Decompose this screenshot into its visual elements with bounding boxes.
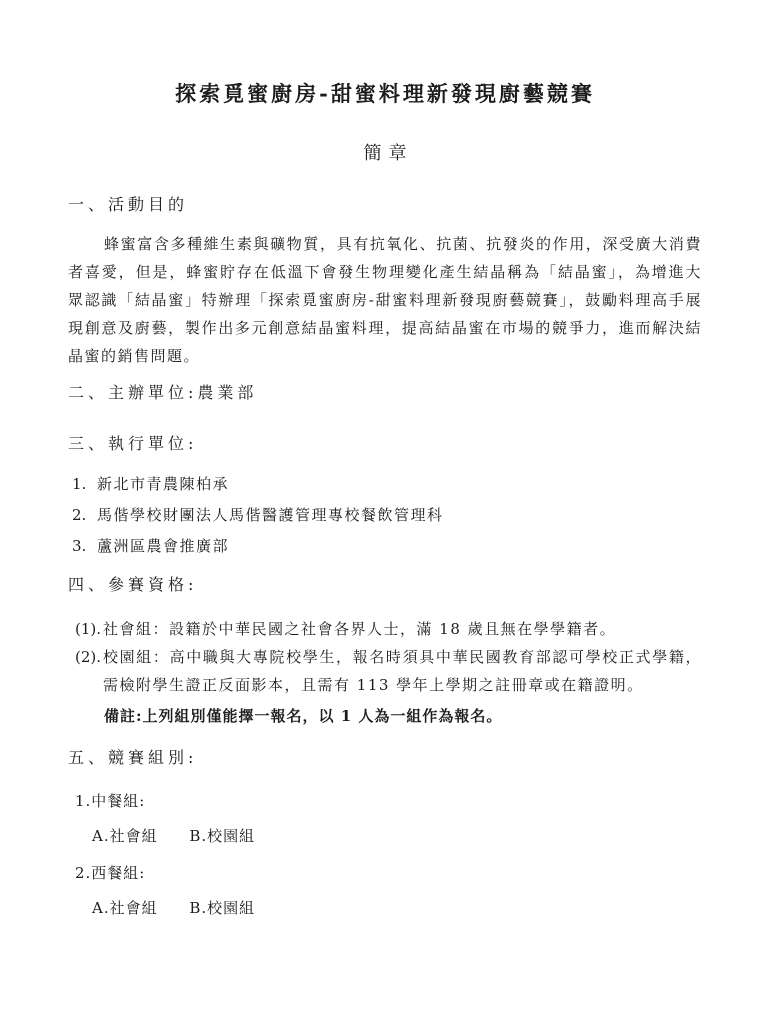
- list-item-text: 校園組：高中職與大專院校學生，報名時須具中華民國教育部認可學校正式學籍，需檢附學…: [103, 643, 702, 699]
- category-option: B.校園組: [189, 827, 255, 845]
- executor-list: 1. 新北市青農陳柏承 2. 馬偕學校財團法人馬偕醫護管理專校餐飲管理科 3. …: [68, 474, 702, 557]
- eligibility-list: (1). 社會組：設籍於中華民國之社會各界人士，滿 18 歲且無在學學籍者。 (…: [68, 615, 702, 699]
- list-item-marker: 2.: [72, 505, 97, 526]
- list-item-marker: 1.: [72, 474, 97, 495]
- section-categories: 五、競賽組別: 1.中餐組: A.社會組 B.校園組 2.西餐組: A.社會組 …: [68, 747, 702, 919]
- category-group-options: A.社會組 B.校園組: [92, 898, 702, 919]
- section-eligibility: 四、參賽資格: (1). 社會組：設籍於中華民國之社會各界人士，滿 18 歲且無…: [68, 574, 702, 727]
- list-item-text: 新北市青農陳柏承: [97, 474, 229, 495]
- purpose-heading: 一、活動目的: [68, 194, 702, 215]
- section-purpose: 一、活動目的 蜂蜜富含多種維生素與礦物質，具有抗氧化、抗菌、抗發炎的作用，深受廣…: [68, 194, 702, 370]
- list-item-marker: (1).: [75, 615, 103, 643]
- document-page: 探索覓蜜廚房-甜蜜料理新發現廚藝競賽 簡章 一、活動目的 蜂蜜富含多種維生素與礦…: [0, 0, 770, 1024]
- category-group-western-cuisine: 2.西餐組: A.社會組 B.校園組: [68, 863, 702, 919]
- category-group-label: 2.西餐組:: [75, 863, 702, 884]
- list-item-text: 馬偕學校財團法人馬偕醫護管理專校餐飲管理科: [97, 505, 444, 526]
- category-group-options: A.社會組 B.校園組: [92, 826, 702, 847]
- executor-list-item: 1. 新北市青農陳柏承: [68, 474, 702, 495]
- executor-list-item: 3. 蘆洲區農會推廣部: [68, 536, 702, 557]
- purpose-paragraph: 蜂蜜富含多種維生素與礦物質，具有抗氧化、抗菌、抗發炎的作用，深受廣大消費者喜愛，…: [68, 230, 702, 370]
- organizer-heading: 二、主辦單位:農業部: [68, 382, 702, 403]
- category-option: A.社會組: [92, 899, 158, 917]
- category-group-chinese-cuisine: 1.中餐組: A.社會組 B.校園組: [68, 791, 702, 847]
- list-item-marker: (2).: [75, 643, 103, 671]
- category-option: B.校園組: [189, 899, 255, 917]
- eligibility-list-item: (2). 校園組：高中職與大專院校學生，報名時須具中華民國教育部認可學校正式學籍…: [75, 643, 702, 699]
- eligibility-note: 備註:上列組別僅能擇一報名，以 1 人為一組作為報名。: [104, 706, 702, 727]
- list-item-text: 蘆洲區農會推廣部: [97, 536, 229, 557]
- categories-heading: 五、競賽組別:: [68, 747, 702, 768]
- category-group-label: 1.中餐組:: [75, 791, 702, 812]
- list-item-text: 社會組：設籍於中華民國之社會各界人士，滿 18 歲且無在學學籍者。: [103, 615, 616, 643]
- section-executor: 三、執行單位: 1. 新北市青農陳柏承 2. 馬偕學校財團法人馬偕醫護管理專校餐…: [68, 433, 702, 557]
- executor-heading: 三、執行單位:: [68, 433, 702, 454]
- executor-list-item: 2. 馬偕學校財團法人馬偕醫護管理專校餐飲管理科: [68, 505, 702, 526]
- section-organizer: 二、主辦單位:農業部: [68, 382, 702, 403]
- category-option: A.社會組: [92, 827, 158, 845]
- eligibility-heading: 四、參賽資格:: [68, 574, 702, 595]
- page-title: 探索覓蜜廚房-甜蜜料理新發現廚藝競賽: [68, 80, 702, 108]
- list-item-marker: 3.: [72, 536, 97, 557]
- eligibility-list-item: (1). 社會組：設籍於中華民國之社會各界人士，滿 18 歲且無在學學籍者。: [75, 615, 702, 643]
- doc-subtitle: 簡章: [68, 142, 702, 166]
